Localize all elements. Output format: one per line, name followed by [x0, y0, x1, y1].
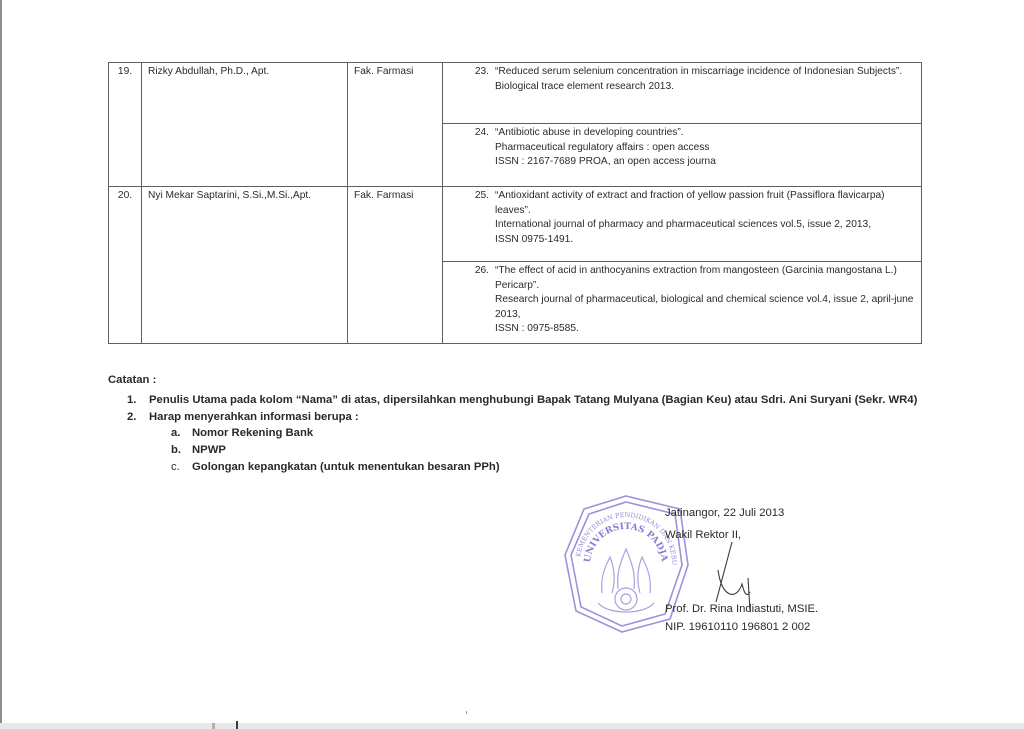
- publication-journal: Pharmaceutical regulatory affairs : open…: [495, 141, 716, 156]
- note-text: Harap menyerahkan informasi berupa :: [149, 409, 359, 426]
- publication-cell: 26. “The effect of acid in anthocyanins …: [443, 262, 922, 344]
- note-subitem: c. Golongan kepangkatan (untuk menentuka…: [108, 459, 917, 476]
- publication-number: 24.: [449, 126, 495, 170]
- publication-title: “Reduced serum selenium concentration in…: [495, 65, 902, 80]
- note-number: 2.: [108, 409, 149, 426]
- scan-mark: [236, 721, 238, 729]
- publication-cell: 25. “Antioxidant activity of extract and…: [443, 187, 922, 262]
- faculty: Fak. Farmasi: [348, 187, 443, 344]
- publication-title: “Antioxidant activity of extract and fra…: [495, 189, 915, 218]
- handwritten-signature-icon: [700, 540, 760, 610]
- note-number: 1.: [108, 392, 149, 409]
- author-name: Nyi Mekar Saptarini, S.Si.,M.Si.,Apt.: [142, 187, 348, 344]
- scan-mark: [212, 723, 215, 729]
- publication-number: 23.: [449, 65, 495, 94]
- subitem-text: NPWP: [192, 442, 226, 459]
- signer-nip: NIP. 19610110 196801 2 002: [665, 621, 810, 633]
- publication-issn: ISSN : 2167-7689 PROA, an open access jo…: [495, 155, 716, 170]
- note-text: Penulis Utama pada kolom “Nama” di atas,…: [149, 392, 917, 409]
- row-number: 19.: [109, 63, 142, 187]
- row-number: 20.: [109, 187, 142, 344]
- faculty: Fak. Farmasi: [348, 63, 443, 187]
- subitem-text: Nomor Rekening Bank: [192, 425, 313, 442]
- publication-journal: Biological trace element research 2013.: [495, 80, 902, 95]
- publication-issn: ISSN 0975-1491.: [495, 233, 915, 248]
- publication-cell: 24. “Antibiotic abuse in developing coun…: [443, 124, 922, 187]
- publication-cell: 23. “Reduced serum selenium concentratio…: [443, 63, 922, 124]
- scan-speck: [466, 711, 467, 714]
- notes-section: Catatan : 1. Penulis Utama pada kolom “N…: [108, 372, 917, 476]
- publications-table: 19. Rizky Abdullah, Ph.D., Apt. Fak. Far…: [108, 62, 922, 344]
- table-row: 20. Nyi Mekar Saptarini, S.Si.,M.Si.,Apt…: [109, 187, 922, 262]
- note-item: 2. Harap menyerahkan informasi berupa :: [108, 409, 917, 426]
- table-row: 19. Rizky Abdullah, Ph.D., Apt. Fak. Far…: [109, 63, 922, 124]
- publication-title: “Antibiotic abuse in developing countrie…: [495, 126, 716, 141]
- publication-journal: International journal of pharmacy and ph…: [495, 218, 915, 233]
- note-subitem: a. Nomor Rekening Bank: [108, 425, 917, 442]
- notes-title: Catatan :: [108, 372, 917, 389]
- publication-number: 25.: [449, 189, 495, 247]
- publication-journal: Research journal of pharmaceutical, biol…: [495, 293, 915, 322]
- place-date: Jatinangor, 22 Juli 2013: [665, 507, 784, 519]
- subitem-text: Golongan kepangkatan (untuk menentukan b…: [192, 459, 500, 476]
- subitem-letter: a.: [108, 425, 192, 442]
- author-name: Rizky Abdullah, Ph.D., Apt.: [142, 63, 348, 187]
- subitem-letter: c.: [108, 459, 192, 476]
- note-item: 1. Penulis Utama pada kolom “Nama” di at…: [108, 392, 917, 409]
- publication-title: “The effect of acid in anthocyanins extr…: [495, 264, 915, 293]
- publication-issn: ISSN : 0975-8585.: [495, 322, 915, 337]
- subitem-letter: b.: [108, 442, 192, 459]
- scan-left-edge: [0, 0, 2, 729]
- scan-bottom-edge: [0, 723, 1024, 729]
- note-subitem: b. NPWP: [108, 442, 917, 459]
- publication-number: 26.: [449, 264, 495, 337]
